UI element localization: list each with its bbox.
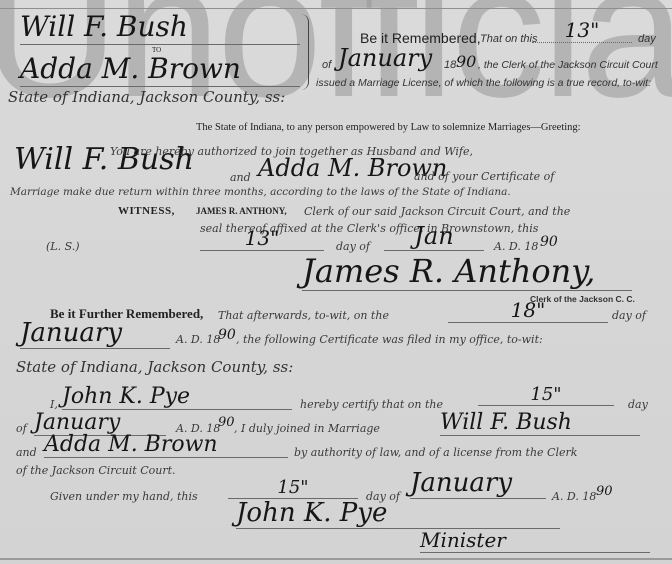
filing-year-suffix: 90 <box>218 327 236 343</box>
license-year-suffix: 90 <box>540 234 558 250</box>
header-clerk-line: , the Clerk of the Jackson Circuit Court <box>478 59 658 71</box>
header-issued-line: issued a Marriage License, of which the … <box>316 77 651 89</box>
clerk-signature: James R. Anthony, <box>302 252 632 291</box>
top-rule <box>0 8 672 9</box>
certificate-year-suffix: 90 <box>218 415 235 430</box>
header-month-value: January <box>338 44 432 72</box>
filing-ad-label: A. D. 18 <box>176 333 220 346</box>
header-bride-name: Adda M. Brown <box>20 52 300 87</box>
header-of-label: of <box>322 59 331 71</box>
that-on-this-label: That on this <box>480 33 537 45</box>
given-year-suffix: 90 <box>596 484 613 499</box>
filing-afterwards-text: That afterwards, to-wit, on the <box>218 309 389 322</box>
filing-day-of-label: day of <box>612 309 646 322</box>
certificate-certify-text: hereby certify that on the <box>300 398 443 411</box>
license-certificate-text: and of your Certificate of <box>414 170 554 183</box>
given-month-value: January <box>410 468 546 499</box>
certificate-and-label: and <box>16 446 37 459</box>
minister-signature: John K. Pye <box>236 498 560 529</box>
filing-filed-text: , the following Certificate was filed in… <box>236 333 543 346</box>
header-groom-name: Will F. Bush <box>20 10 300 45</box>
witness-name: JAMES R. ANTHONY, <box>196 206 287 216</box>
bottom-rule <box>0 558 672 560</box>
certificate-of-label: of <box>16 422 27 435</box>
seal-mark: (L. S.) <box>46 240 80 253</box>
certificate-groom-name: Will F. Bush <box>440 410 640 436</box>
header-day-value: 13" <box>532 18 632 43</box>
license-month-value: Jan <box>384 222 484 251</box>
witness-text: Clerk of our said Jackson Circuit Court,… <box>304 205 570 218</box>
certificate-court-text: of the Jackson Circuit Court. <box>16 464 176 477</box>
filing-day-value: 18" <box>448 298 608 323</box>
license-return-text: Marriage make due return within three mo… <box>10 186 511 198</box>
license-day-value: 13" <box>200 226 324 251</box>
license-and-label: and <box>230 171 251 184</box>
certificate-officiant-name: John K. Pye <box>62 384 292 410</box>
certificate-day-value: 15" <box>478 384 614 406</box>
header-state-county: State of Indiana, Jackson County, ss: <box>8 88 285 106</box>
certificate-bride-name: Adda M. Brown <box>44 432 288 458</box>
header-year-prefix: 18 <box>444 59 456 71</box>
header-year-suffix: 90 <box>456 52 476 71</box>
given-text: Given under my hand, this <box>50 490 198 503</box>
given-day-value: 15" <box>228 477 358 499</box>
license-greeting: The State of Indiana, to any person empo… <box>196 122 581 133</box>
minister-title: Minister <box>420 528 650 553</box>
header-day-label: day <box>638 33 656 45</box>
filing-state-county: State of Indiana, Jackson County, ss: <box>16 358 293 376</box>
record-page: Unofficial Will F. Bush TO Adda M. Brown… <box>0 0 672 564</box>
witness-label: WITNESS, <box>118 205 175 217</box>
filing-month-value: January <box>20 318 170 349</box>
certificate-authority-text: by authority of law, and of a license fr… <box>294 446 577 459</box>
header-brace <box>300 14 309 90</box>
